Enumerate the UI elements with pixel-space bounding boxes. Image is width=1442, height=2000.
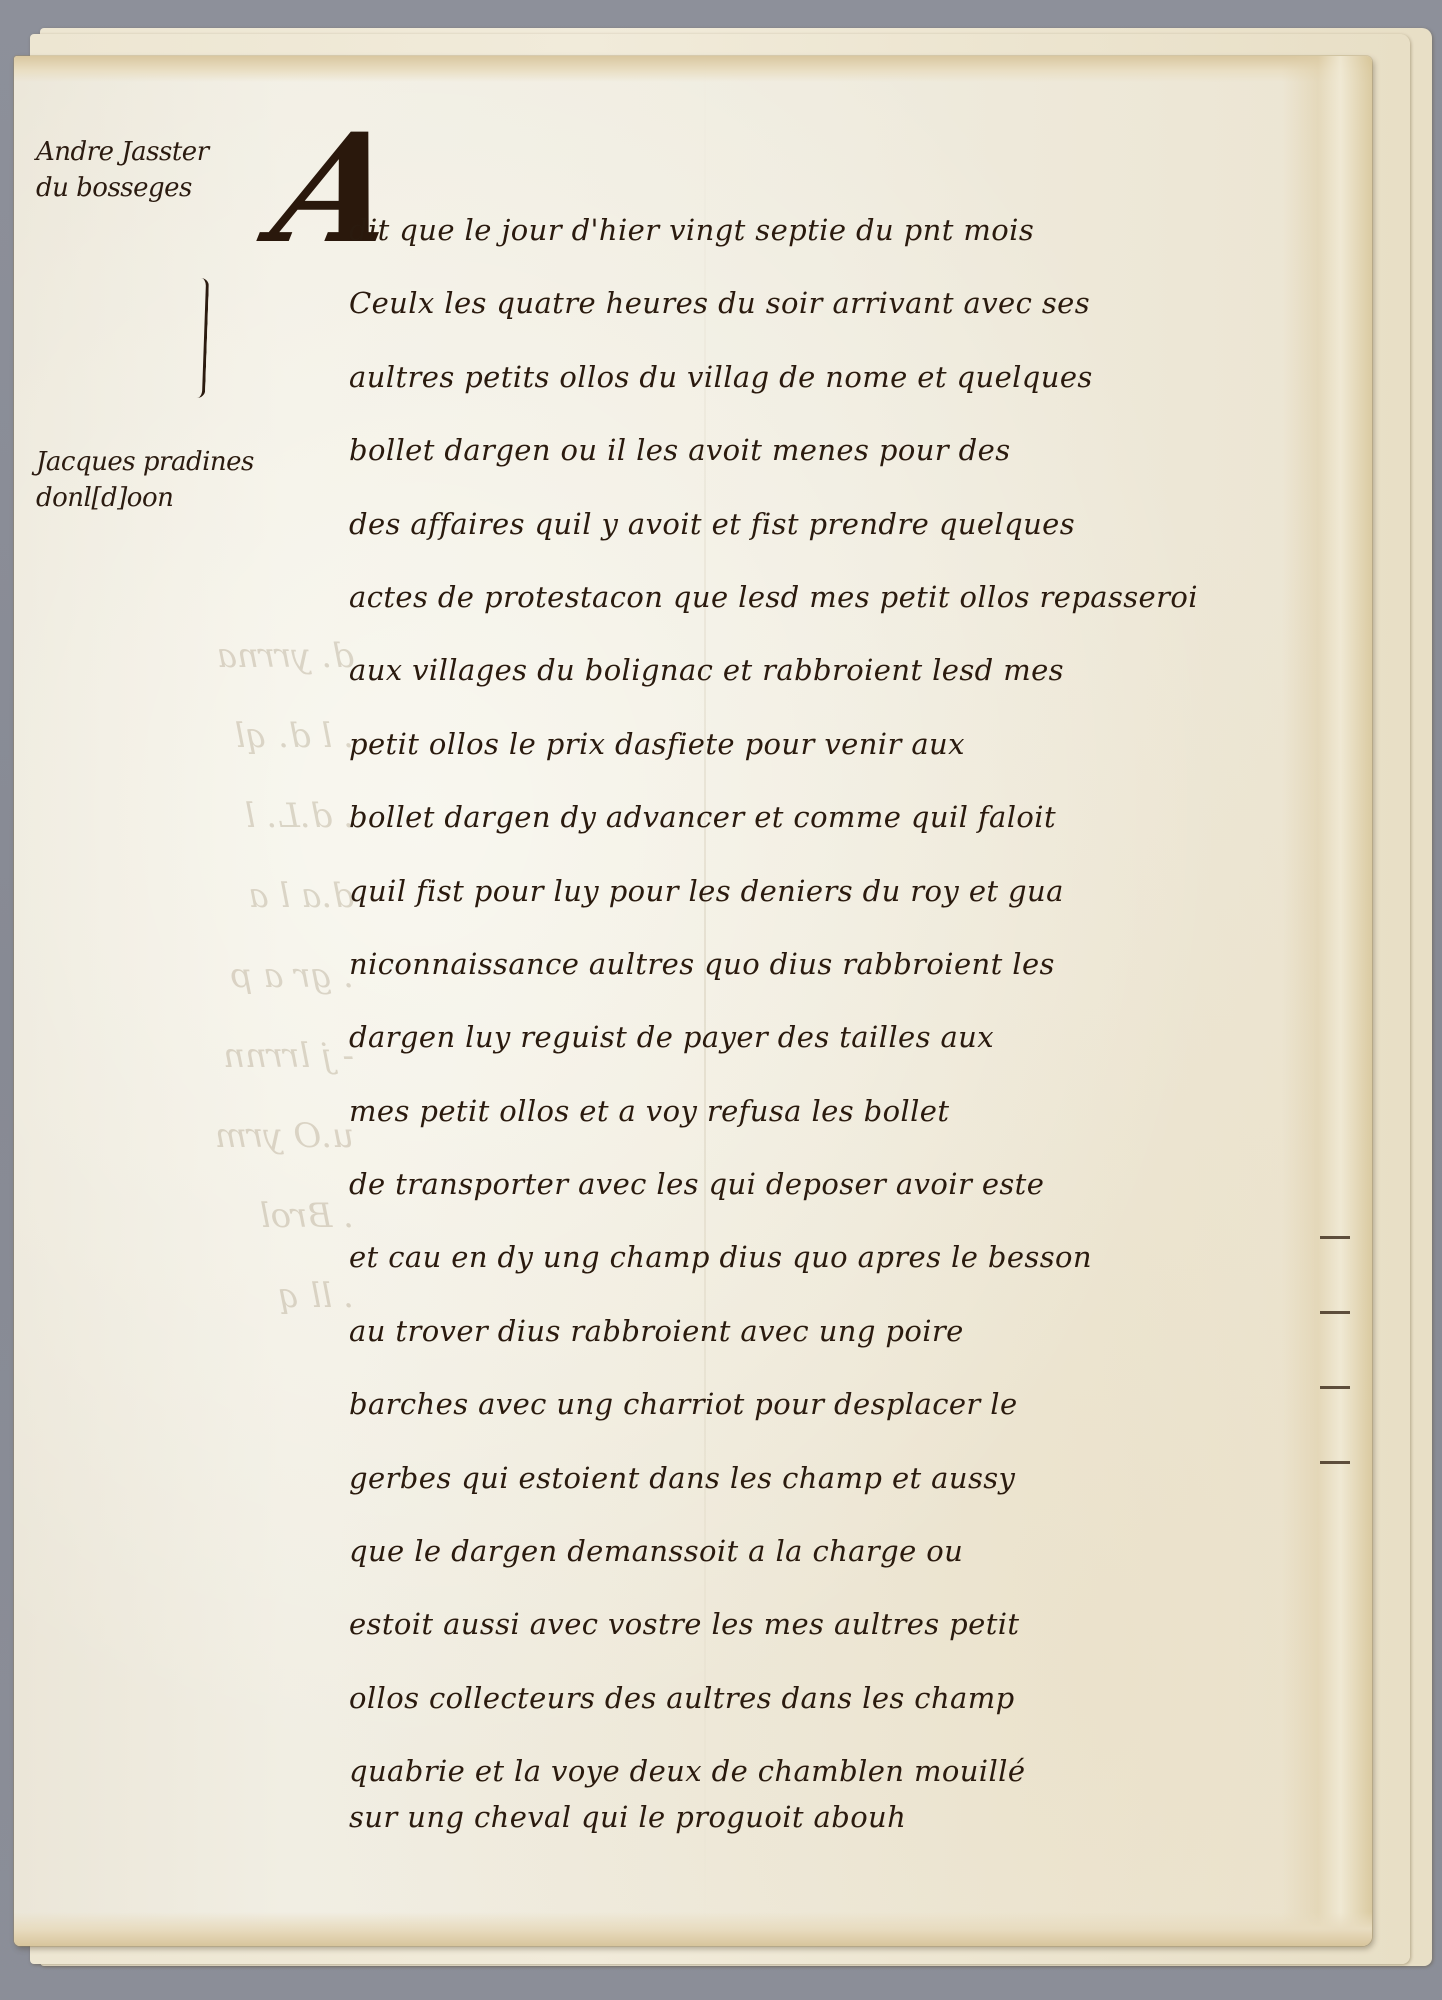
margin-note-2-line2: donl[d]oon [36, 480, 296, 516]
worn-bottom-edge [14, 1912, 1372, 1946]
text-line: quabrie et la voye deux de chamblen moui… [349, 1745, 1339, 1791]
manuscript-page: d. yrrna . l d. ql . d.L. l d.a l a . gr… [14, 56, 1372, 1946]
text-line: barches avec ung charriot pour desplacer… [349, 1378, 1339, 1451]
margin-note-1: Andre Jasster du bosseges [36, 134, 246, 206]
text-line: dargen luy reguist de payer des tailles … [349, 1011, 1339, 1084]
text-line: gerbes qui estoient dans les champ et au… [349, 1452, 1339, 1525]
text-line: bollet dargen dy advancer et comme quil … [349, 791, 1339, 864]
text-line: ollos collecteurs des aultres dans les c… [349, 1672, 1339, 1745]
text-line: des affaires quil y avoit et fist prendr… [349, 498, 1339, 571]
text-line: bollet dargen ou il les avoit menes pour… [349, 424, 1339, 497]
text-line: aultres petits ollos du villag de nome e… [349, 351, 1339, 424]
text-line: sur ung cheval qui le proguoit abouh [349, 1791, 1339, 1864]
worn-top-edge [14, 56, 1372, 82]
ink-tick [1320, 1311, 1350, 1314]
ink-tick [1320, 1386, 1350, 1389]
text-line: mes petit ollos et a voy refusa les boll… [349, 1085, 1339, 1158]
text-line: niconnaissance aultres quo dius rabbroie… [349, 938, 1339, 1011]
text-line: au trover dius rabbroient avec ung poire [349, 1305, 1339, 1378]
text-line: Ceulx les quatre heures du soir arrivant… [349, 277, 1339, 350]
ink-tick [1320, 1461, 1350, 1464]
text-line: que le dargen demanssoit a la charge ou [349, 1525, 1339, 1598]
text-line: et cau en dy ung champ dius quo apres le… [349, 1231, 1339, 1304]
text-line: aux villages du bolignac et rabbroient l… [349, 644, 1339, 717]
text-line: actes de protestacon que lesd mes petit … [349, 571, 1339, 644]
text-line: estoit aussi avec vostre les mes aultres… [349, 1598, 1339, 1671]
margin-note-1-line2: du bosseges [36, 170, 246, 206]
manuscript-body: dit que le jour d'hier vingt septie du p… [349, 204, 1339, 1865]
margin-note-2: Jacques pradines donl[d]oon [36, 444, 296, 516]
text-line: de transporter avec les qui deposer avoi… [349, 1158, 1339, 1231]
margin-bracket-mark [192, 278, 209, 398]
text-line: quil fist pour luy pour les deniers du r… [349, 865, 1339, 938]
bleed-through-text: d. yrrna . l d. ql . d.L. l d.a l a . gr… [74, 616, 354, 1336]
ink-tick [1320, 1236, 1350, 1239]
margin-note-1-line1: Andre Jasster [36, 134, 246, 170]
margin-note-2-line1: Jacques pradines [36, 444, 296, 480]
edge-ink-ticks [1320, 1236, 1354, 1536]
text-line: dit que le jour d'hier vingt septie du p… [349, 204, 1339, 277]
text-line: petit ollos le prix dasfiete pour venir … [349, 718, 1339, 791]
